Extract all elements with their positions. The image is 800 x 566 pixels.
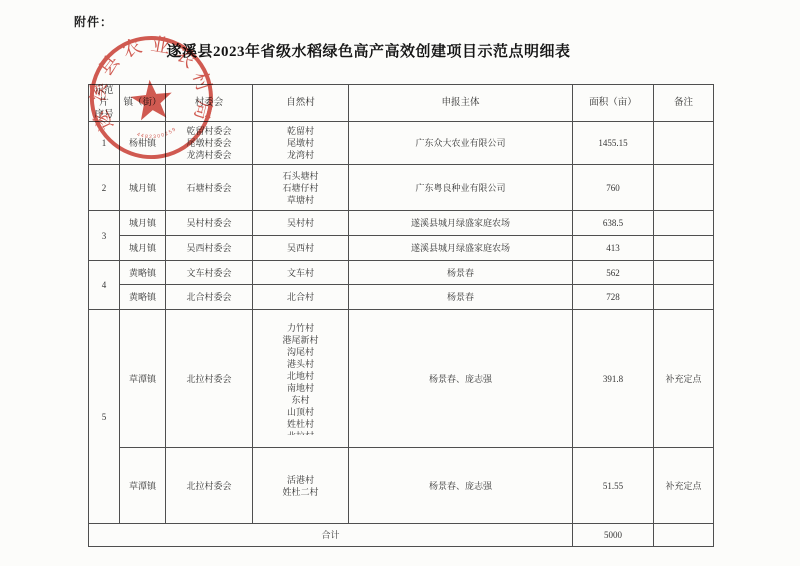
cell-sn: 4 <box>89 261 120 310</box>
cell-applicant: 广东众大农业有限公司 <box>349 122 573 165</box>
cell-area: 760 <box>573 165 654 211</box>
cell-villages: 力竹村 港尾新村 沟尾村 港头村 北地村 南地村 东村 山顶村 姓杜村 北拉村 <box>253 310 349 448</box>
cell-area: 51.55 <box>573 448 654 524</box>
total-label: 合计 <box>89 524 573 547</box>
col-header-note: 备注 <box>654 85 714 122</box>
cell-sn: 1 <box>89 122 120 165</box>
cell-sn: 5 <box>89 310 120 524</box>
table-header-row: 示范片 序号 镇（街） 村委会 自然村 申报主体 面积（亩） 备注 <box>89 85 714 122</box>
cell-area: 638.5 <box>573 211 654 236</box>
cell-sn: 3 <box>89 211 120 261</box>
cell-town: 黄略镇 <box>120 285 166 310</box>
cell-area: 562 <box>573 261 654 285</box>
cell-committee: 文车村委会 <box>166 261 253 285</box>
cell-note <box>654 165 714 211</box>
village-list: 力竹村 港尾新村 沟尾村 港头村 北地村 南地村 东村 山顶村 姓杜村 北拉村 <box>254 322 347 435</box>
cell-committee: 吴西村委会 <box>166 236 253 261</box>
table-row: 1 杨柑镇 乾留村委会 尾墩村委会 龙湾村委会 乾留村 尾墩村 龙湾村 广东众大… <box>89 122 714 165</box>
cell-town: 城月镇 <box>120 211 166 236</box>
cell-committee: 吴村村委会 <box>166 211 253 236</box>
cell-town: 草潭镇 <box>120 310 166 448</box>
table-row: 3 城月镇 吴村村委会 吴村村 遂溪县城月绿盛家庭农场 638.5 <box>89 211 714 236</box>
cell-applicant: 遂溪县城月绿盛家庭农场 <box>349 236 573 261</box>
cell-committee: 乾留村委会 尾墩村委会 龙湾村委会 <box>166 122 253 165</box>
table-row: 草潭镇 北拉村委会 活港村 姓杜二村 杨景春、庞志强 51.55 补充定点 <box>89 448 714 524</box>
cell-committee: 石塘村委会 <box>166 165 253 211</box>
cell-note <box>654 285 714 310</box>
total-area: 5000 <box>573 524 654 547</box>
cell-note <box>654 261 714 285</box>
cell-villages: 石头塘村 石塘仔村 草塘村 <box>253 165 349 211</box>
cell-applicant: 杨景春、庞志强 <box>349 448 573 524</box>
cell-note: 补充定点 <box>654 310 714 448</box>
table-row: 黄略镇 北合村委会 北合村 杨景春 728 <box>89 285 714 310</box>
table-total-row: 合计 5000 <box>89 524 714 547</box>
cell-applicant: 杨景春、庞志强 <box>349 310 573 448</box>
cell-villages: 文车村 <box>253 261 349 285</box>
cell-town: 城月镇 <box>120 165 166 211</box>
col-header-village: 自然村 <box>253 85 349 122</box>
table-row: 5 草潭镇 北拉村委会 力竹村 港尾新村 沟尾村 港头村 北地村 南地村 东村 … <box>89 310 714 448</box>
cell-note <box>654 211 714 236</box>
cell-area: 413 <box>573 236 654 261</box>
cell-villages: 乾留村 尾墩村 龙湾村 <box>253 122 349 165</box>
cell-town: 黄略镇 <box>120 261 166 285</box>
page-title: 遂溪县2023年省级水稻绿色高产高效创建项目示范点明细表 <box>56 40 681 61</box>
cell-town: 杨柑镇 <box>120 122 166 165</box>
document-page: 附件： 遂溪县2023年省级水稻绿色高产高效创建项目示范点明细表 示范片 序号 … <box>0 0 800 566</box>
attachment-label: 附件： <box>74 13 113 30</box>
col-header-area: 面积（亩） <box>573 85 654 122</box>
col-header-town: 镇（街） <box>120 85 166 122</box>
cell-villages: 活港村 姓杜二村 <box>253 448 349 524</box>
col-header-sn: 示范片 序号 <box>89 85 120 122</box>
cell-area: 1455.15 <box>573 122 654 165</box>
col-header-committee: 村委会 <box>166 85 253 122</box>
cell-town: 城月镇 <box>120 236 166 261</box>
cell-committee: 北拉村委会 <box>166 448 253 524</box>
cell-committee: 北合村委会 <box>166 285 253 310</box>
cell-note <box>654 122 714 165</box>
cell-applicant: 遂溪县城月绿盛家庭农场 <box>349 211 573 236</box>
cell-villages: 吴西村 <box>253 236 349 261</box>
cell-area: 728 <box>573 285 654 310</box>
demonstration-points-table: 示范片 序号 镇（街） 村委会 自然村 申报主体 面积（亩） 备注 1 杨柑镇 … <box>88 84 714 547</box>
col-header-applicant: 申报主体 <box>349 85 573 122</box>
table-row: 2 城月镇 石塘村委会 石头塘村 石塘仔村 草塘村 广东粤良种业有限公司 760 <box>89 165 714 211</box>
cell-sn: 2 <box>89 165 120 211</box>
cell-villages: 北合村 <box>253 285 349 310</box>
cell-committee: 北拉村委会 <box>166 310 253 448</box>
cell-area: 391.8 <box>573 310 654 448</box>
cell-applicant: 杨景春 <box>349 285 573 310</box>
table-row: 城月镇 吴西村委会 吴西村 遂溪县城月绿盛家庭农场 413 <box>89 236 714 261</box>
total-note <box>654 524 714 547</box>
cell-applicant: 杨景春 <box>349 261 573 285</box>
cell-note <box>654 236 714 261</box>
cell-town: 草潭镇 <box>120 448 166 524</box>
table-row: 4 黄略镇 文车村委会 文车村 杨景春 562 <box>89 261 714 285</box>
cell-villages: 吴村村 <box>253 211 349 236</box>
cell-applicant: 广东粤良种业有限公司 <box>349 165 573 211</box>
cell-note: 补充定点 <box>654 448 714 524</box>
